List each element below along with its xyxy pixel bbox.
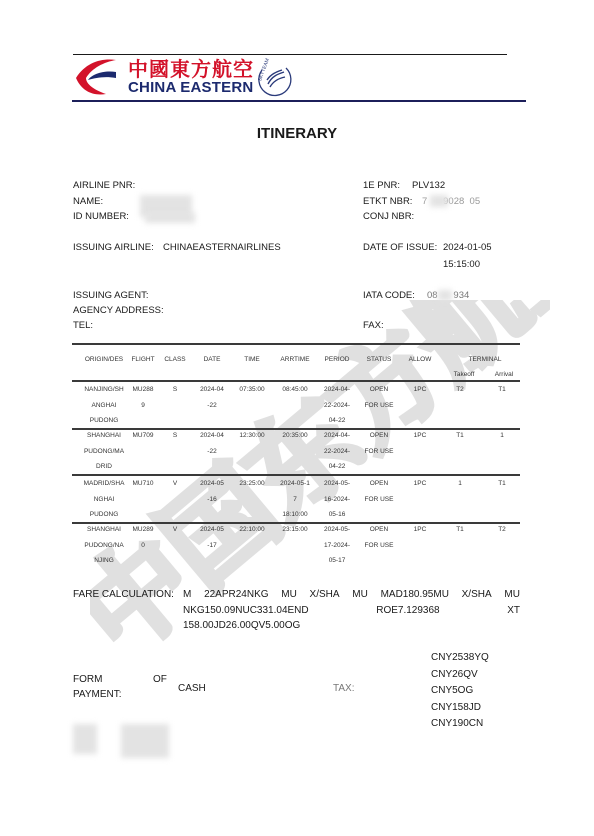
etkt-redaction bbox=[430, 195, 448, 207]
flight-cell-arrival: T1 bbox=[476, 476, 528, 492]
header-top-rule bbox=[73, 54, 507, 55]
form-of-payment-value: CASH bbox=[178, 682, 206, 696]
page-title: ITINERARY bbox=[0, 125, 594, 142]
tax-list: CNY2538YQCNY26QVCNY5OGCNY158JDCNY190CN bbox=[431, 650, 489, 733]
id-number-value-redacted bbox=[145, 213, 195, 223]
fare-token: M bbox=[183, 588, 191, 602]
airline-pnr-label: AIRLINE PNR: bbox=[73, 180, 135, 192]
issuing-airline-value: CHINAEASTERNAIRLINES bbox=[163, 242, 281, 254]
iata-code-label: IATA CODE: bbox=[363, 290, 415, 302]
china-eastern-swallow-logo-icon bbox=[72, 56, 120, 96]
form-of-payment-label-of: OF bbox=[153, 673, 167, 687]
fare-token: MAD180.95MU bbox=[381, 588, 449, 602]
redacted-block-1 bbox=[73, 724, 97, 754]
fare-calculation-line-1: M22APR24NKGMUX/SHAMUMAD180.95MUX/SHAMU bbox=[183, 588, 520, 602]
fare-token: MU bbox=[281, 588, 297, 602]
id-number-label: ID NUMBER: bbox=[73, 211, 129, 223]
fare-calculation-label: FARE CALCULATION: bbox=[73, 588, 174, 602]
table-header-terminal: TERMINAL bbox=[450, 355, 520, 364]
table-header-arrival: Arrival bbox=[484, 370, 524, 379]
fax-label: FAX: bbox=[363, 320, 384, 332]
form-of-payment-label-1: FORM bbox=[73, 673, 102, 687]
tax-item: CNY2538YQ bbox=[431, 650, 489, 667]
fare-token: 22APR24NKG bbox=[204, 588, 268, 602]
redacted-block-2 bbox=[121, 724, 169, 758]
date-of-issue-value: 2024-01-05 bbox=[443, 242, 492, 254]
table-header-allow: ALLOW bbox=[396, 355, 444, 364]
issuing-airline-label: ISSUING AIRLINE: bbox=[73, 242, 154, 254]
logo-english-name: CHINA EASTERN bbox=[128, 80, 253, 96]
pnr-1e-label: 1E PNR: bbox=[363, 180, 400, 192]
fare-calculation-line-2: NKG150.09NUC331.04ENDROE7.129368XT bbox=[183, 604, 520, 618]
agency-address-label: AGENCY ADDRESS: bbox=[73, 305, 164, 317]
fare-token: MU bbox=[352, 588, 368, 602]
table-header-takeoff: Takeoff bbox=[444, 370, 484, 379]
pnr-1e-value: PLV132 bbox=[412, 180, 445, 192]
fare-token: NKG150.09NUC331.04END bbox=[183, 604, 309, 618]
issuing-agent-label: ISSUING AGENT: bbox=[73, 290, 149, 302]
header-bottom-rule bbox=[72, 100, 526, 102]
fare-token: X/SHA bbox=[462, 588, 492, 602]
flight-cell-arrival: T1 bbox=[476, 382, 528, 398]
fare-token: XT bbox=[507, 604, 520, 618]
table-top-rule bbox=[72, 343, 520, 345]
time-of-issue-value: 15:15:00 bbox=[443, 259, 480, 271]
tax-item: CNY5OG bbox=[431, 683, 489, 700]
name-label: NAME: bbox=[73, 196, 103, 208]
date-of-issue-label: DATE OF ISSUE: bbox=[363, 242, 437, 254]
fare-calculation-line-3: 158.00JD26.00QV5.00OG bbox=[183, 619, 300, 633]
form-of-payment-label-2: PAYMENT: bbox=[73, 688, 122, 702]
tax-item: CNY190CN bbox=[431, 716, 489, 733]
tel-label: TEL: bbox=[73, 320, 93, 332]
tax-item: CNY158JD bbox=[431, 700, 489, 717]
iata-redaction bbox=[438, 290, 452, 301]
tax-label: TAX: bbox=[333, 682, 354, 696]
fare-token: X/SHA bbox=[310, 588, 340, 602]
flight-cell-arrival: 1 bbox=[476, 428, 528, 444]
logo-chinese-name: 中國東方航空 bbox=[128, 58, 254, 80]
fare-token: ROE7.129368 bbox=[376, 604, 439, 618]
flight-cell-arrival: T2 bbox=[476, 522, 528, 538]
etkt-label: ETKT NBR: bbox=[363, 196, 412, 208]
table-header-time: TIME bbox=[228, 355, 276, 364]
skyteam-badge-icon: SKYTEAM bbox=[254, 58, 294, 98]
conj-label: CONJ NBR: bbox=[363, 211, 414, 223]
fare-token: MU bbox=[504, 588, 520, 602]
tax-item: CNY26QV bbox=[431, 667, 489, 684]
